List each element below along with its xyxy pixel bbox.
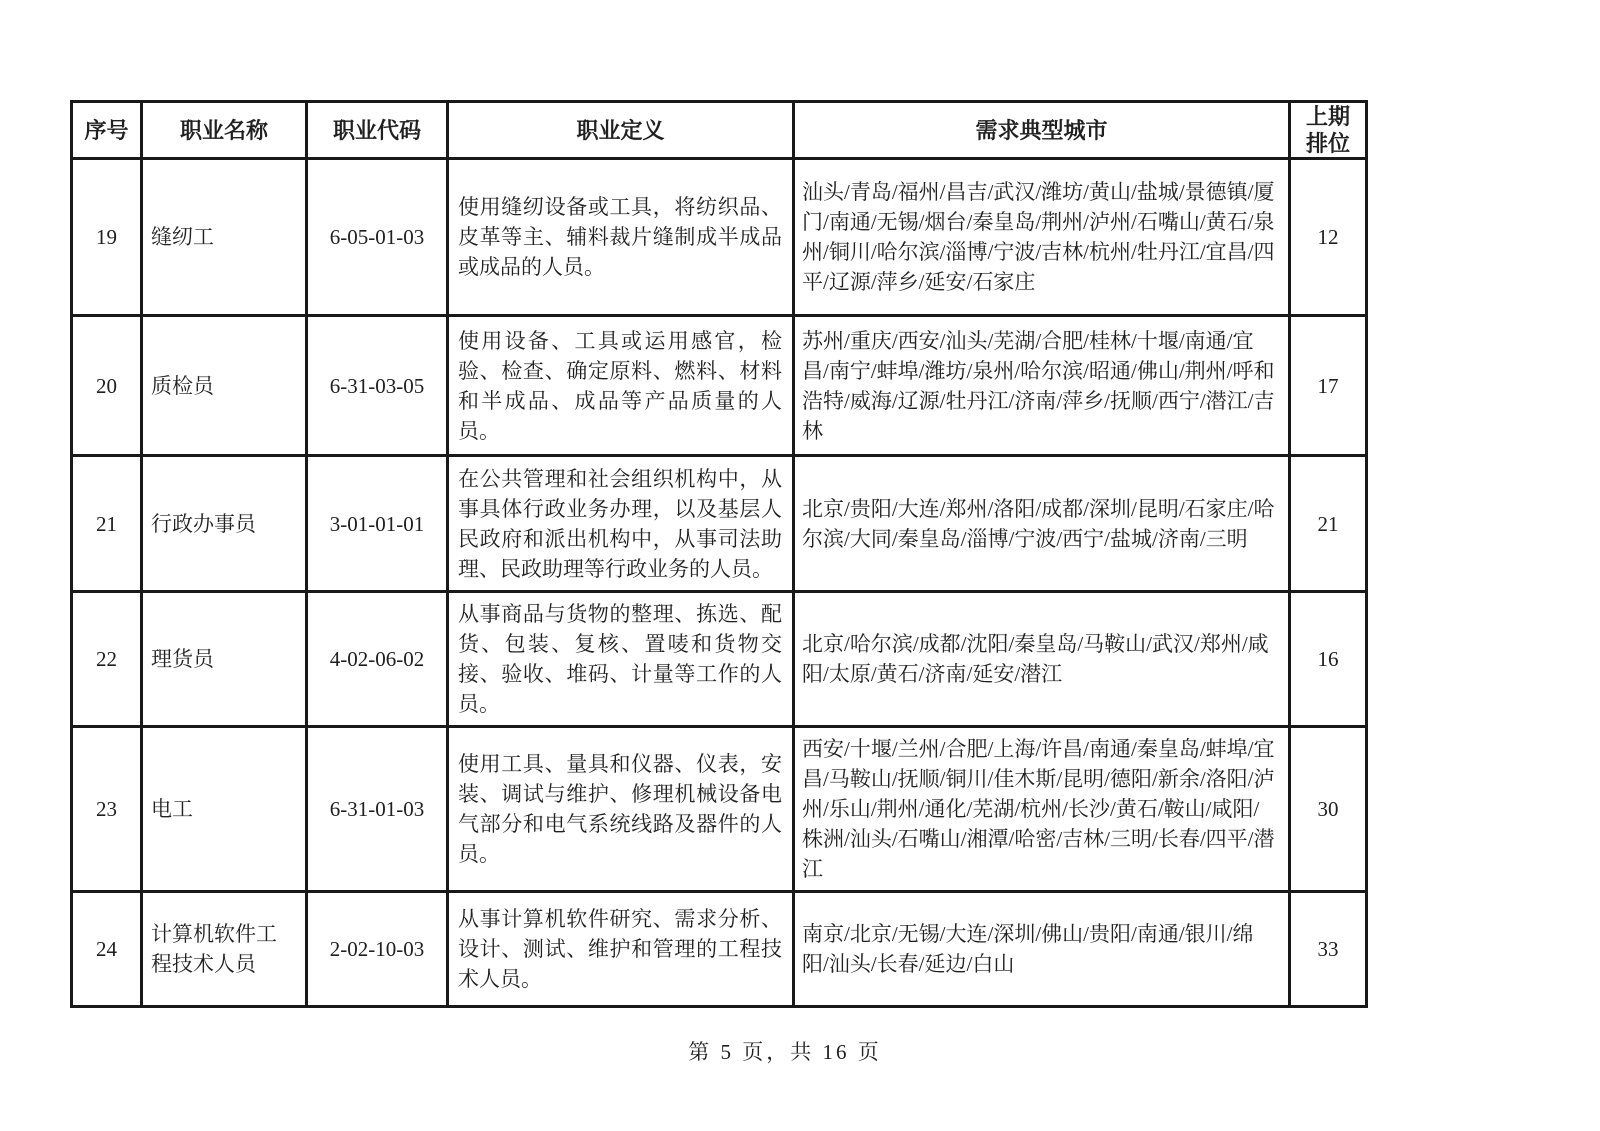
cell-prev-rank: 17 [1290, 316, 1367, 456]
cell-cities: 苏州/重庆/西安/汕头/芜湖/合肥/桂林/十堰/南通/宜昌/南宁/蚌埠/潍坊/泉… [794, 316, 1290, 456]
table-row: 22 理货员 4-02-06-02 从事商品与货物的整理、拣选、配货、包装、复核… [72, 592, 1367, 727]
cell-prev-rank: 12 [1290, 159, 1367, 316]
cell-occupation-name: 理货员 [142, 592, 307, 727]
cell-prev-rank: 21 [1290, 456, 1367, 592]
cell-occupation-code: 4-02-06-02 [307, 592, 448, 727]
cell-definition: 从事商品与货物的整理、拣选、配货、包装、复核、置唛和货物交接、验收、堆码、计量等… [448, 592, 794, 727]
header-index: 序号 [72, 102, 142, 159]
cell-occupation-code: 6-31-03-05 [307, 316, 448, 456]
page-number-footer: 第 5 页，共 16 页 [0, 1036, 1570, 1066]
cell-cities: 北京/哈尔滨/成都/沈阳/秦皇岛/马鞍山/武汉/郑州/咸阳/太原/黄石/济南/延… [794, 592, 1290, 727]
cell-definition: 从事计算机软件研究、需求分析、设计、测试、维护和管理的工程技术人员。 [448, 892, 794, 1007]
document-page: 序号 职业名称 职业代码 职业定义 需求典型城市 上期排位 19 缝纫工 6-0… [0, 0, 1600, 1131]
cell-definition: 使用设备、工具或运用感官，检验、检查、确定原料、燃料、材料和半成品、成品等产品质… [448, 316, 794, 456]
cell-occupation-name: 计算机软件工程技术人员 [142, 892, 307, 1007]
cell-occupation-code: 2-02-10-03 [307, 892, 448, 1007]
header-prev-rank: 上期排位 [1290, 102, 1367, 159]
table-row: 20 质检员 6-31-03-05 使用设备、工具或运用感官，检验、检查、确定原… [72, 316, 1367, 456]
cell-occupation-code: 6-31-01-03 [307, 727, 448, 892]
cell-index: 22 [72, 592, 142, 727]
cell-prev-rank: 33 [1290, 892, 1367, 1007]
table-row: 23 电工 6-31-01-03 使用工具、量具和仪器、仪表，安装、调试与维护、… [72, 727, 1367, 892]
cell-definition: 使用工具、量具和仪器、仪表，安装、调试与维护、修理机械设备电气部分和电气系统线路… [448, 727, 794, 892]
cell-cities: 西安/十堰/兰州/合肥/上海/许昌/南通/秦皇岛/蚌埠/宜昌/马鞍山/抚顺/铜川… [794, 727, 1290, 892]
occupations-table: 序号 职业名称 职业代码 职业定义 需求典型城市 上期排位 19 缝纫工 6-0… [70, 100, 1368, 1008]
cell-index: 19 [72, 159, 142, 316]
cell-cities: 南京/北京/无锡/大连/深圳/佛山/贵阳/南通/银川/绵阳/汕头/长春/延边/白… [794, 892, 1290, 1007]
cell-index: 20 [72, 316, 142, 456]
cell-occupation-name: 质检员 [142, 316, 307, 456]
cell-cities: 北京/贵阳/大连/郑州/洛阳/成都/深圳/昆明/石家庄/哈尔滨/大同/秦皇岛/淄… [794, 456, 1290, 592]
header-code: 职业代码 [307, 102, 448, 159]
cell-occupation-name: 电工 [142, 727, 307, 892]
table-row: 21 行政办事员 3-01-01-01 在公共管理和社会组织机构中，从事具体行政… [72, 456, 1367, 592]
cell-cities: 汕头/青岛/福州/昌吉/武汉/潍坊/黄山/盐城/景德镇/厦门/南通/无锡/烟台/… [794, 159, 1290, 316]
table-row: 19 缝纫工 6-05-01-03 使用缝纫设备或工具，将纺织品、皮革等主、辅料… [72, 159, 1367, 316]
header-occupation: 职业名称 [142, 102, 307, 159]
header-cities: 需求典型城市 [794, 102, 1290, 159]
cell-prev-rank: 30 [1290, 727, 1367, 892]
cell-occupation-name: 行政办事员 [142, 456, 307, 592]
cell-occupation-name: 缝纫工 [142, 159, 307, 316]
cell-index: 23 [72, 727, 142, 892]
cell-index: 21 [72, 456, 142, 592]
cell-definition: 使用缝纫设备或工具，将纺织品、皮革等主、辅料裁片缝制成半成品或成品的人员。 [448, 159, 794, 316]
cell-occupation-code: 6-05-01-03 [307, 159, 448, 316]
cell-occupation-code: 3-01-01-01 [307, 456, 448, 592]
table-row: 24 计算机软件工程技术人员 2-02-10-03 从事计算机软件研究、需求分析… [72, 892, 1367, 1007]
cell-index: 24 [72, 892, 142, 1007]
table-header-row: 序号 职业名称 职业代码 职业定义 需求典型城市 上期排位 [72, 102, 1367, 159]
cell-prev-rank: 16 [1290, 592, 1367, 727]
header-definition: 职业定义 [448, 102, 794, 159]
cell-definition: 在公共管理和社会组织机构中，从事具体行政业务办理，以及基层人民政府和派出机构中，… [448, 456, 794, 592]
